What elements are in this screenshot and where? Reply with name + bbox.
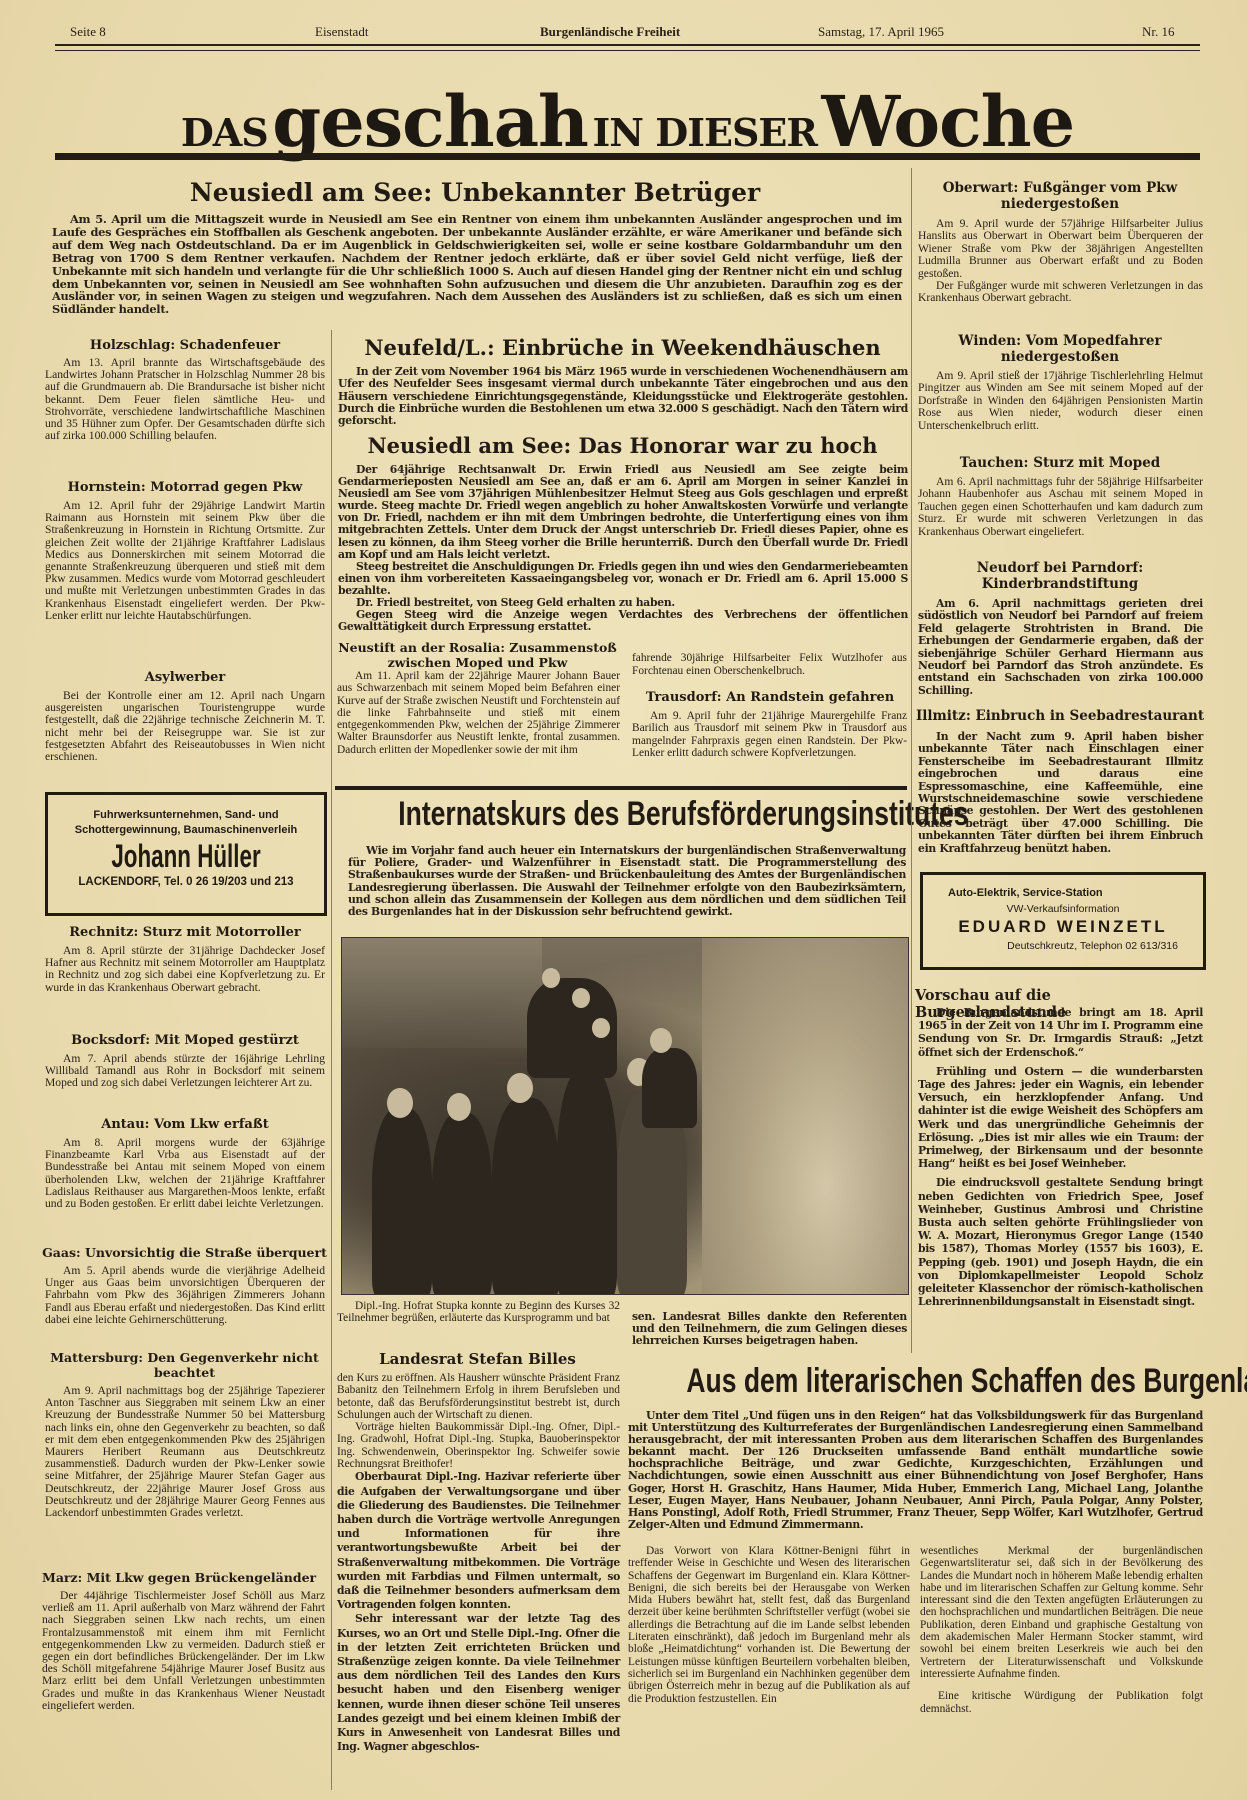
photo-rocks bbox=[702, 938, 908, 1294]
headline-rechnitz: Rechnitz: Sturz mit Motorroller bbox=[45, 925, 325, 940]
section-rule bbox=[335, 786, 907, 790]
headline-bocksdorf: Bocksdorf: Mit Moped gestürzt bbox=[45, 1033, 325, 1048]
headline-neudorf: Neudorf bei Parndorf: Kinderbrandstiftun… bbox=[915, 560, 1205, 592]
article-neusiedl-betrueger: Am 5. April um die Mittagszeit wurde in … bbox=[52, 213, 902, 316]
issue-date: Samstag, 17. April 1965 bbox=[818, 24, 944, 40]
article-internatskurs-intro: Wie im Vorjahr fand auch heuer ein Inter… bbox=[348, 845, 906, 918]
ad-address: LACKENDORF, Tel. 0 26 19/203 und 213 bbox=[48, 876, 324, 888]
article-literatur-left: Das Vorwort von Klara Köttner-Benigni fü… bbox=[628, 1545, 910, 1705]
article-antau: Am 8. April morgens wurde der 63jährige … bbox=[45, 1137, 325, 1210]
headline-hornstein: Hornstein: Motorrad gegen Pkw bbox=[45, 480, 325, 495]
issue-number: Nr. 16 bbox=[1142, 24, 1175, 40]
article-paragraph: Eine kritische Würdigung der Publikation… bbox=[920, 1690, 1203, 1715]
article-paragraph: Frühling und Ostern — die wunderbarsten … bbox=[918, 1065, 1203, 1171]
headline-marz: Marz: Mit Lkw gegen Brückengeländer bbox=[42, 1570, 327, 1585]
headline-oberwart: Oberwart: Fußgänger vom Pkw niedergestoß… bbox=[915, 180, 1205, 212]
article-bocksdorf: Am 7. April abends stürzte der 16jährige… bbox=[45, 1053, 325, 1090]
column-divider bbox=[331, 330, 332, 1790]
article-winden: Am 9. April stieß der 17jährige Tischler… bbox=[918, 370, 1203, 432]
article-paragraph: wesentliches Merkmal der burgenländische… bbox=[920, 1545, 1203, 1680]
article-paragraph: den Kurs zu eröffnen. Als Hausherr wünsc… bbox=[337, 1372, 620, 1421]
article-paragraph: Am 9. April wurde der 57jährige Hilfsarb… bbox=[918, 218, 1203, 280]
article-neufeld: In der Zeit vom November 1964 bis März 1… bbox=[338, 366, 908, 427]
advertisement-weinzetl: Auto-Elektrik, Service-Station VW-Verkau… bbox=[920, 872, 1206, 970]
photo-caption-left: Dipl.-Ing. Hofrat Stupka konnte zu Begin… bbox=[337, 1300, 620, 1325]
headline-asylwerber: Asylwerber bbox=[45, 670, 325, 685]
ad-line: VW-Verkaufsinformation bbox=[923, 903, 1203, 915]
banner-word-das: DAS bbox=[181, 110, 268, 155]
article-paragraph: Sehr interessant war der letzte Tag des … bbox=[337, 1612, 620, 1754]
headline-gaas: Gaas: Unvorsichtig die Straße überquert bbox=[42, 1245, 327, 1260]
headline-illmitz: Illmitz: Einbruch in Seebadrestaurant bbox=[915, 708, 1205, 724]
headline-literatur-wrap: Aus dem literarischen Schaffen des Burge… bbox=[622, 1362, 1207, 1410]
banner-word-geschah: geschah bbox=[272, 80, 588, 163]
newspaper-name: Burgenländische Freiheit bbox=[540, 24, 680, 40]
article-oberwart: Am 9. April wurde der 57jährige Hilfsarb… bbox=[918, 218, 1203, 305]
ad-line: Fuhrwerksunternehmen, Sand- und bbox=[48, 809, 324, 821]
subhead-landesrat-billes: Landesrat Stefan Billes bbox=[335, 1350, 620, 1368]
article-honorar: Der 64jährige Rechtsanwalt Dr. Erwin Fri… bbox=[338, 464, 908, 633]
photo-caption-right: sen. Landesrat Billes dankte den Referen… bbox=[632, 1311, 907, 1348]
article-hornstein: Am 12. April fuhr der 29jährige Landwirt… bbox=[45, 500, 325, 622]
headline-holzschlag: Holzschlag: Schadenfeuer bbox=[45, 338, 325, 353]
ad-line: Schottergewinnung, Baumaschinenverleih bbox=[48, 824, 324, 836]
ad-line: Auto-Elektrik, Service-Station bbox=[923, 887, 1203, 899]
ad-name: Johann Hüller bbox=[89, 838, 282, 874]
article-paragraph: Gegen Steeg wird die Anzeige wegen Verda… bbox=[338, 609, 908, 633]
ad-address: Deutschkreutz, Telephon 02 613/316 bbox=[923, 940, 1203, 952]
article-neudorf: Am 6. April nachmittags gerieten drei sü… bbox=[918, 598, 1203, 697]
article-paragraph: Oberbaurat Dipl.-Ing. Hazivar referierte… bbox=[337, 1470, 620, 1612]
article-paragraph: Die eindrucksvoll gestaltete Sendung bri… bbox=[918, 1176, 1203, 1308]
banner-word-woche: Woche bbox=[822, 80, 1075, 163]
article-vorschau: Die Burgenlandstunde bringt am 18. April… bbox=[918, 1006, 1203, 1308]
article-literatur-right: wesentliches Merkmal der burgenländische… bbox=[920, 1545, 1203, 1715]
article-illmitz: In der Nacht zum 9. April haben bisher u… bbox=[918, 731, 1203, 855]
headline-neustift: Neustift an der Rosalia: Zusammenstoß zw… bbox=[335, 640, 620, 670]
photo-background bbox=[342, 938, 542, 1048]
headline-neufeld: Neufeld/L.: Einbrüche in Weekendhäuschen bbox=[335, 335, 910, 360]
page-number: Seite 8 bbox=[70, 24, 106, 40]
article-neustift-part1: Am 11. April kam der 22jährige Maurer Jo… bbox=[337, 670, 620, 756]
ad-name: EDUARD WEINZETL bbox=[923, 917, 1203, 937]
headline-antau: Antau: Vom Lkw erfaßt bbox=[45, 1117, 325, 1132]
article-paragraph: Vorträge hielten Baukommissär Dipl.-Ing.… bbox=[337, 1421, 620, 1470]
article-mattersburg: Am 9. April nachmittags bog der 25jährig… bbox=[45, 1385, 325, 1519]
page-banner-title: DAS geschah IN DIESER Woche bbox=[55, 80, 1200, 155]
article-literatur-intro: Unter dem Titel „Und fügen uns in den Re… bbox=[628, 1410, 1203, 1531]
city: Eisenstadt bbox=[315, 24, 368, 40]
article-rechnitz: Am 8. April stürzte der 31jährige Dachde… bbox=[45, 945, 325, 994]
masthead: Seite 8 Eisenstadt Burgenländische Freih… bbox=[70, 22, 1200, 42]
article-neustift-part2: fahrende 30jährige Hilfsarbeiter Felix W… bbox=[632, 652, 907, 677]
article-paragraph: Die Burgenlandstunde bringt am 18. April… bbox=[918, 1006, 1203, 1059]
headline-honorar: Neusiedl am See: Das Honorar war zu hoch bbox=[335, 433, 910, 458]
article-paragraph: Steeg bestreitet die Anschuldigungen Dr.… bbox=[338, 561, 908, 597]
article-paragraph: Der Fußgänger wurde mit schweren Verletz… bbox=[918, 280, 1203, 305]
article-paragraph: Der 64jährige Rechtsanwalt Dr. Erwin Fri… bbox=[338, 464, 908, 561]
article-holzschlag: Am 13. April brannte das Wirtschaftsgebä… bbox=[45, 357, 325, 442]
article-internatskurs-body: den Kurs zu eröffnen. Als Hausherr wünsc… bbox=[337, 1372, 620, 1754]
banner-rule bbox=[55, 153, 1200, 160]
masthead-rule bbox=[55, 44, 1200, 51]
headline-literatur: Aus dem literarischen Schaffen des Burge… bbox=[686, 1362, 1142, 1401]
article-trausdorf: Am 9. April fuhr der 21jährige Maurergeh… bbox=[632, 710, 907, 759]
article-marz: Der 44jährige Tischlermeister Josef Schö… bbox=[42, 1590, 325, 1712]
headline-tauchen: Tauchen: Sturz mit Moped bbox=[915, 455, 1205, 471]
article-gaas: Am 5. April abends wurde die vierjährige… bbox=[45, 1265, 325, 1326]
headline-internatskurs-wrap: Internatskurs des Berufsförderungsinstit… bbox=[335, 795, 910, 837]
headline-neusiedl-betrueger: Neusiedl am See: Unbekannter Betrüger bbox=[60, 178, 890, 207]
headline-internatskurs: Internatskurs des Berufsförderungsinstit… bbox=[398, 795, 847, 834]
headline-mattersburg: Mattersburg: Den Gegenverkehr nicht beac… bbox=[42, 1350, 327, 1380]
banner-word-in-dieser: IN DIESER bbox=[593, 110, 817, 155]
column-divider bbox=[911, 168, 912, 1353]
advertisement-hueller: Fuhrwerksunternehmen, Sand- und Schotter… bbox=[45, 792, 327, 916]
headline-winden: Winden: Vom Mopedfahrer niedergestoßen bbox=[915, 333, 1205, 365]
group-photo bbox=[341, 937, 909, 1295]
article-asylwerber: Bei der Kontrolle einer am 12. April nac… bbox=[45, 690, 325, 763]
headline-trausdorf: Trausdorf: An Randstein gefahren bbox=[630, 690, 910, 705]
article-tauchen: Am 6. April nachmittags fuhr der 58jähri… bbox=[918, 476, 1203, 538]
